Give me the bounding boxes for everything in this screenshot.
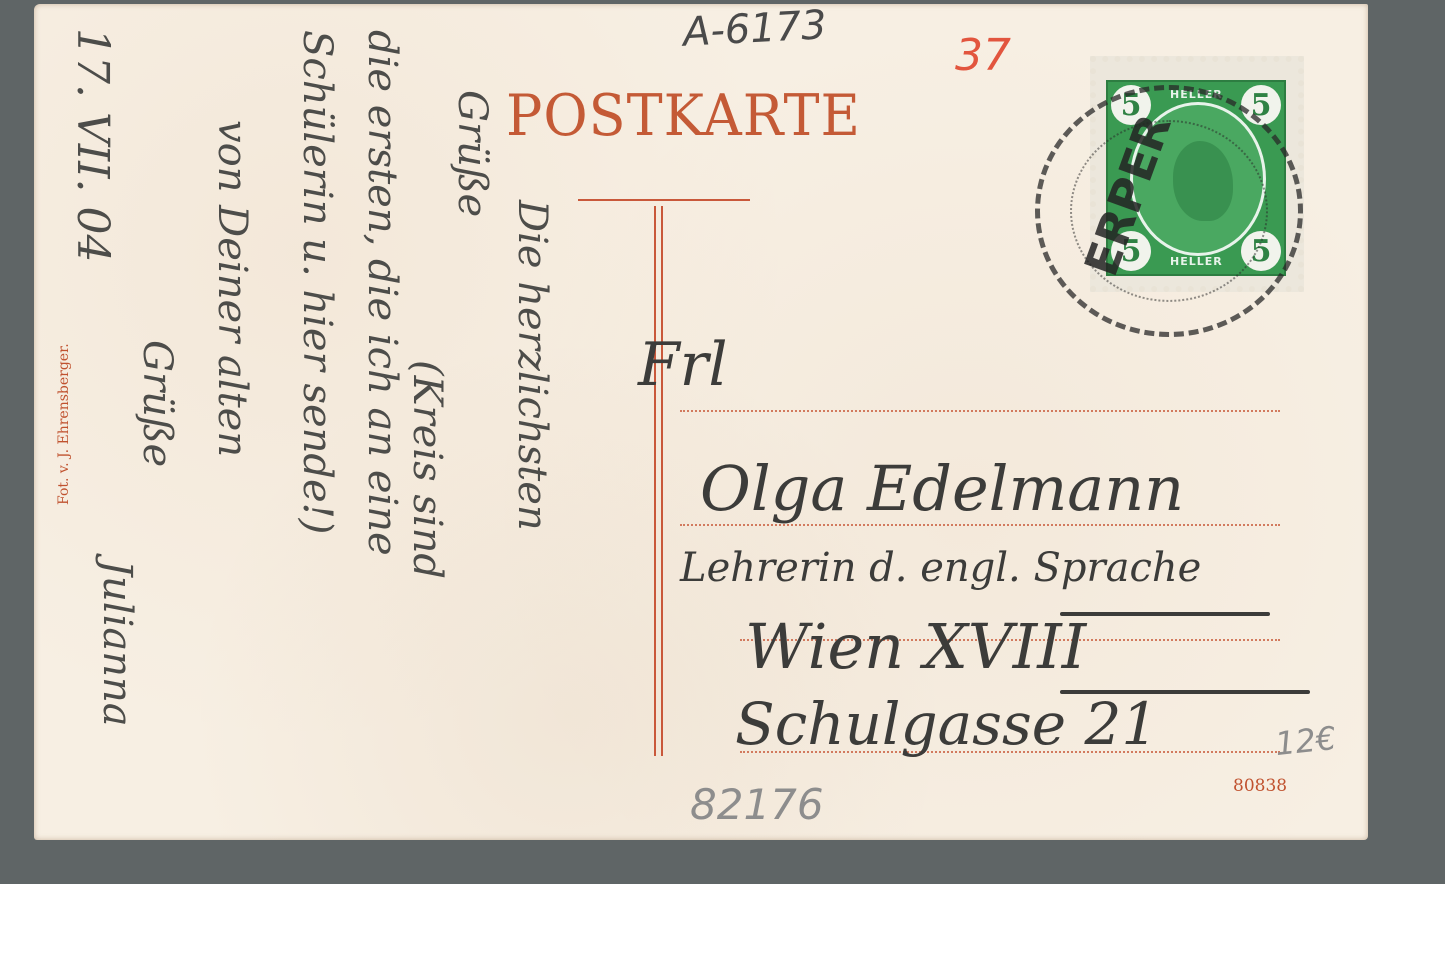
pencil-price-annotation: 12€	[1273, 719, 1338, 763]
message-line: Grüße	[449, 90, 495, 217]
message-line: Julianna	[94, 560, 140, 727]
message-line: die ersten, die ich an eine	[359, 30, 405, 556]
address-city: Wien XVIII	[745, 610, 1086, 683]
divider-vertical-left	[654, 206, 656, 756]
catalog-number: 80838	[1233, 776, 1287, 796]
postmark-cancel: ERPER	[1035, 85, 1303, 337]
message-line: Die herzlichsten	[509, 200, 555, 531]
red-number-annotation: 37	[955, 30, 1011, 81]
message-line: von Deiner alten	[209, 120, 255, 457]
address-line-1	[680, 410, 1280, 412]
address-salutation: Frl	[638, 330, 728, 400]
city-underline-top	[1060, 612, 1270, 616]
message-line: Schülerin u. hier sende!)	[294, 30, 340, 534]
handwritten-date: 17. VII. 04	[67, 28, 118, 262]
address-name: Olga Edelmann	[700, 452, 1184, 525]
archive-id-annotation: A-6173	[682, 2, 828, 55]
divider-horizontal	[578, 199, 750, 201]
message-line: Grüße	[134, 340, 180, 467]
divider-vertical-right	[661, 206, 663, 756]
pencil-number-annotation: 82176	[690, 780, 824, 829]
postkarte-title: POSTKARTE	[506, 82, 861, 148]
address-occupation: Lehrerin d. engl. Sprache	[680, 545, 1201, 591]
message-line: (Kreis sind	[404, 360, 450, 579]
address-street: Schulgasse 21	[735, 690, 1158, 758]
photographer-credit: Fot. v. J. Ehrensberger.	[56, 343, 72, 505]
